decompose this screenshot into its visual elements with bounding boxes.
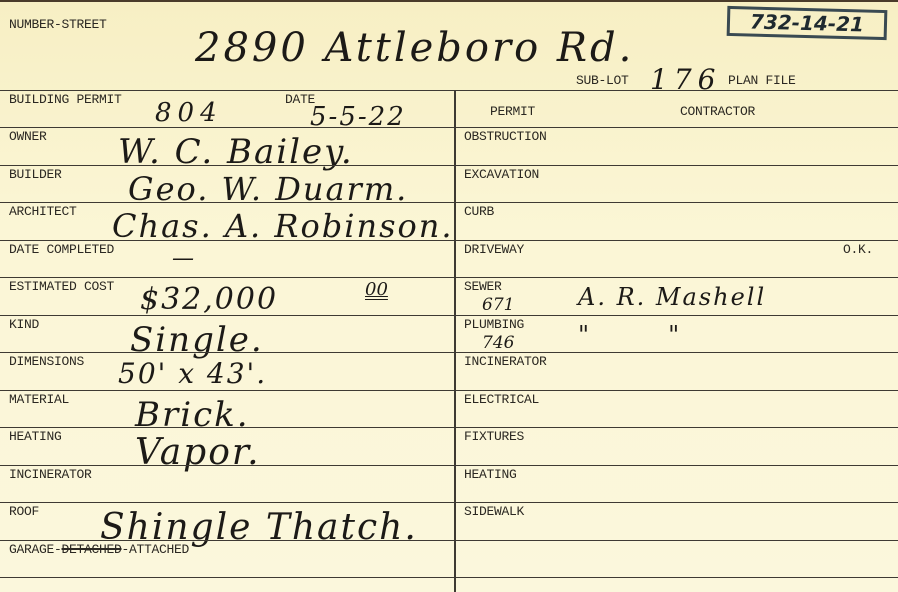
left-field-value: $32,000 (140, 285, 278, 315)
left-field-label: OWNER (9, 130, 47, 144)
right-field-label: OBSTRUCTION (464, 130, 547, 144)
garage-label: GARAGE-DETACHED-ATTACHED (9, 543, 189, 557)
divider (0, 202, 898, 203)
sub-lot-label: SUB-LOT (576, 74, 629, 88)
stamp-number: 732-14-21 (727, 6, 888, 40)
divider (0, 577, 898, 578)
divider (0, 240, 898, 241)
divider (0, 90, 898, 91)
right-field-label: CURB (464, 205, 494, 219)
left-field-label: ESTIMATED COST (9, 280, 114, 294)
divider (0, 127, 898, 128)
permit-card: 732-14-21 NUMBER-STREET 2890 Attleboro R… (0, 0, 898, 592)
permit-column-header: PERMIT (490, 105, 535, 119)
divider (0, 390, 898, 391)
left-field-value: W. C. Bailey. (118, 135, 354, 169)
contractor-name: " " (578, 323, 681, 347)
right-field-label: PLUMBING (464, 318, 524, 332)
right-field-label: INCINERATOR (464, 355, 547, 369)
divider (0, 540, 898, 541)
divider (0, 315, 898, 316)
row-note: O.K. (843, 243, 873, 257)
right-field-label: ELECTRICAL (464, 393, 539, 407)
contractor-column-header: CONTRACTOR (680, 105, 755, 119)
left-field-label: HEATING (9, 430, 62, 444)
number-street-value: 2890 Attleboro Rd. (195, 28, 634, 68)
building-permit-label: BUILDING PERMIT (9, 93, 122, 107)
divider (0, 465, 898, 466)
divider (0, 502, 898, 503)
left-field-value: Chas. A. Robinson. (112, 210, 454, 242)
contractor-name: A. R. Mashell (578, 285, 766, 309)
garage-detached-struck: DETACHED (62, 542, 122, 557)
right-field-label: DRIVEWAY (464, 243, 524, 257)
divider (0, 352, 898, 353)
left-field-value: 50' x 43'. (118, 360, 267, 388)
left-field-value: Geo. W. Duarm. (128, 173, 408, 205)
right-field-label: EXCAVATION (464, 168, 539, 182)
left-field-label: BUILDER (9, 168, 62, 182)
left-field-label: DIMENSIONS (9, 355, 84, 369)
permit-number: 671 (482, 297, 514, 314)
right-field-label: FIXTURES (464, 430, 524, 444)
right-field-label: SIDEWALK (464, 505, 524, 519)
left-field-label: INCINERATOR (9, 468, 92, 482)
left-field-label: ARCHITECT (9, 205, 77, 219)
plan-file-label: PLAN FILE (728, 74, 796, 88)
number-street-label: NUMBER-STREET (9, 18, 107, 32)
right-field-label: SEWER (464, 280, 502, 294)
left-field-label: ROOF (9, 505, 39, 519)
left-field-label: MATERIAL (9, 393, 69, 407)
divider (0, 277, 898, 278)
garage-prefix: GARAGE- (9, 542, 62, 557)
garage-attached: -ATTACHED (122, 542, 190, 557)
right-field-label: HEATING (464, 468, 517, 482)
left-field-label: KIND (9, 318, 39, 332)
building-permit-value: 804 (155, 100, 223, 126)
left-field-value: — (172, 248, 196, 270)
divider (0, 165, 898, 166)
divider (0, 427, 898, 428)
permit-number: 746 (482, 335, 514, 352)
left-field-label: DATE COMPLETED (9, 243, 114, 257)
estimated-cost-cents: 00 (365, 281, 388, 299)
